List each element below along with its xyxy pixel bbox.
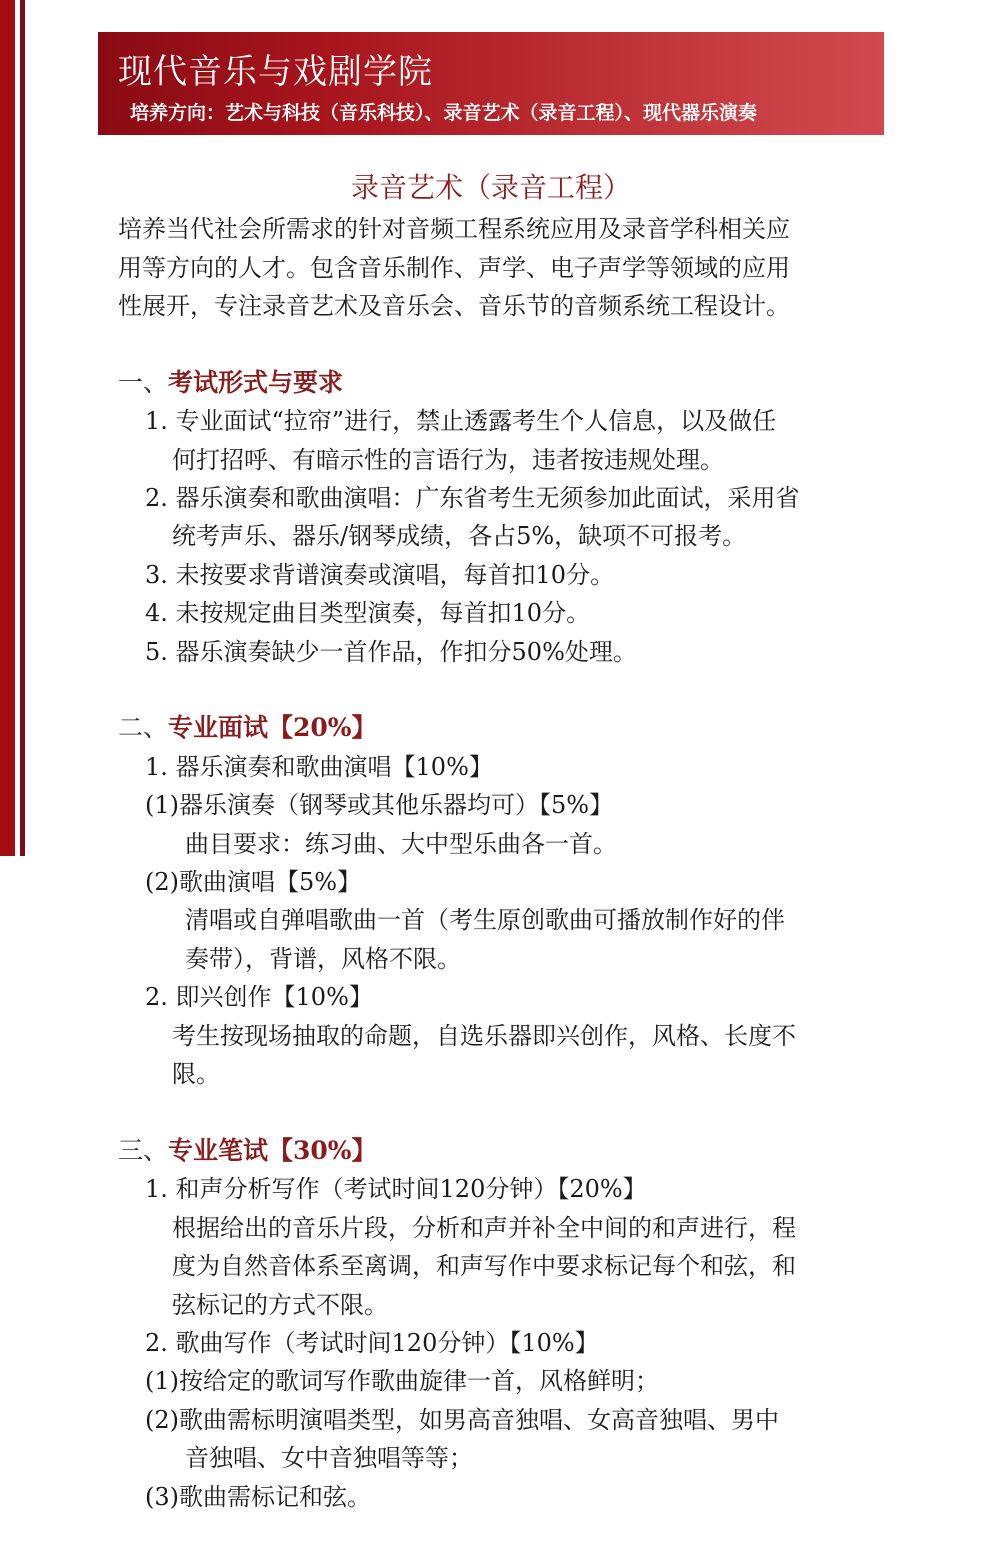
list-item-continued: 何打招呼、有暗示性的言语行为，违者按违规处理。 — [172, 445, 724, 475]
list-item: 1. 和声分析写作（考试时间120分钟）【20%】 — [145, 1174, 647, 1204]
intro-line: 用等方向的人才。包含音乐制作、声学、电子声学等领域的应用 — [118, 253, 790, 283]
item-description: 弦标记的方式不限。 — [172, 1290, 388, 1320]
section-number: 二、 — [118, 713, 168, 742]
section-title: 专业笔试【30%】 — [168, 1136, 377, 1165]
list-item: 2. 即兴创作【10%】 — [145, 982, 373, 1012]
section-heading-exam-format: 一、考试形式与要求 — [118, 368, 343, 398]
sub-list-item: (2)歌曲需标明演唱类型，如男高音独唱、女高音独唱、男中 — [145, 1405, 779, 1435]
item-description: 限。 — [172, 1059, 220, 1089]
section-title: 考试形式与要求 — [168, 368, 343, 397]
sub-item-continued: 音独唱、女中音独唱等等； — [185, 1443, 473, 1473]
left-decorative-line — [20, 0, 25, 856]
section-title: 专业面试【20%】 — [168, 713, 377, 742]
section-number: 三、 — [118, 1136, 168, 1165]
sub-list-item: (1)器乐演奏（钢琴或其他乐器均可）【5%】 — [145, 790, 613, 820]
item-description: 考生按现场抽取的命题，自选乐器即兴创作，风格、长度不 — [172, 1021, 796, 1051]
training-directions: 培养方向：艺术与科技（音乐科技）、录音艺术（录音工程）、现代器乐演奏 — [130, 98, 757, 125]
list-item: 3. 未按要求背谱演奏或演唱，每首扣10分。 — [145, 560, 614, 590]
list-item: 4. 未按规定曲目类型演奏，每首扣10分。 — [145, 598, 590, 628]
list-item-continued: 统考声乐、器乐/钢琴成绩，各占5%，缺项不可报考。 — [172, 521, 746, 551]
section-number: 一、 — [118, 368, 168, 397]
intro-line: 性展开，专注录音艺术及音乐会、音乐节的音频系统工程设计。 — [118, 291, 790, 321]
sub-list-item: (1)按给定的歌词写作歌曲旋律一首，风格鲜明； — [145, 1366, 659, 1396]
section-heading-written-exam: 三、专业笔试【30%】 — [118, 1136, 377, 1166]
intro-line: 培养当代社会所需求的针对音频工程系统应用及录音学科相关应 — [118, 214, 790, 244]
item-description: 度为自然音体系至离调，和声写作中要求标记每个和弦，和 — [172, 1251, 796, 1281]
left-decorative-bar — [0, 0, 15, 856]
list-item: 5. 器乐演奏缺少一首作品，作扣分50%处理。 — [145, 637, 637, 667]
sub-item-description: 奏带），背谱，风格不限。 — [185, 944, 461, 974]
sub-list-item: (3)歌曲需标记和弦。 — [145, 1482, 371, 1512]
section-heading-interview: 二、专业面试【20%】 — [118, 713, 377, 743]
item-description: 根据给出的音乐片段，分析和声并补全中间的和声进行，程 — [172, 1213, 796, 1243]
sub-item-description: 曲目要求：练习曲、大中型乐曲各一首。 — [185, 829, 617, 859]
list-item: 1. 专业面试“拉帘”进行，禁止透露考生个人信息，以及做任 — [145, 406, 776, 436]
sub-item-description: 清唱或自弹唱歌曲一首（考生原创歌曲可播放制作好的伴 — [185, 905, 785, 935]
program-title: 录音艺术（录音工程） — [0, 166, 982, 206]
list-item: 2. 器乐演奏和歌曲演唱：广东省考生无须参加此面试，采用省 — [145, 483, 800, 513]
sub-list-item: (2)歌曲演唱【5%】 — [145, 867, 361, 897]
college-name: 现代音乐与戏剧学院 — [118, 44, 433, 93]
list-item: 2. 歌曲写作（考试时间120分钟）【10%】 — [145, 1328, 599, 1358]
header-banner: 现代音乐与戏剧学院 培养方向：艺术与科技（音乐科技）、录音艺术（录音工程）、现代… — [98, 32, 884, 135]
list-item: 1. 器乐演奏和歌曲演唱【10%】 — [145, 752, 493, 782]
